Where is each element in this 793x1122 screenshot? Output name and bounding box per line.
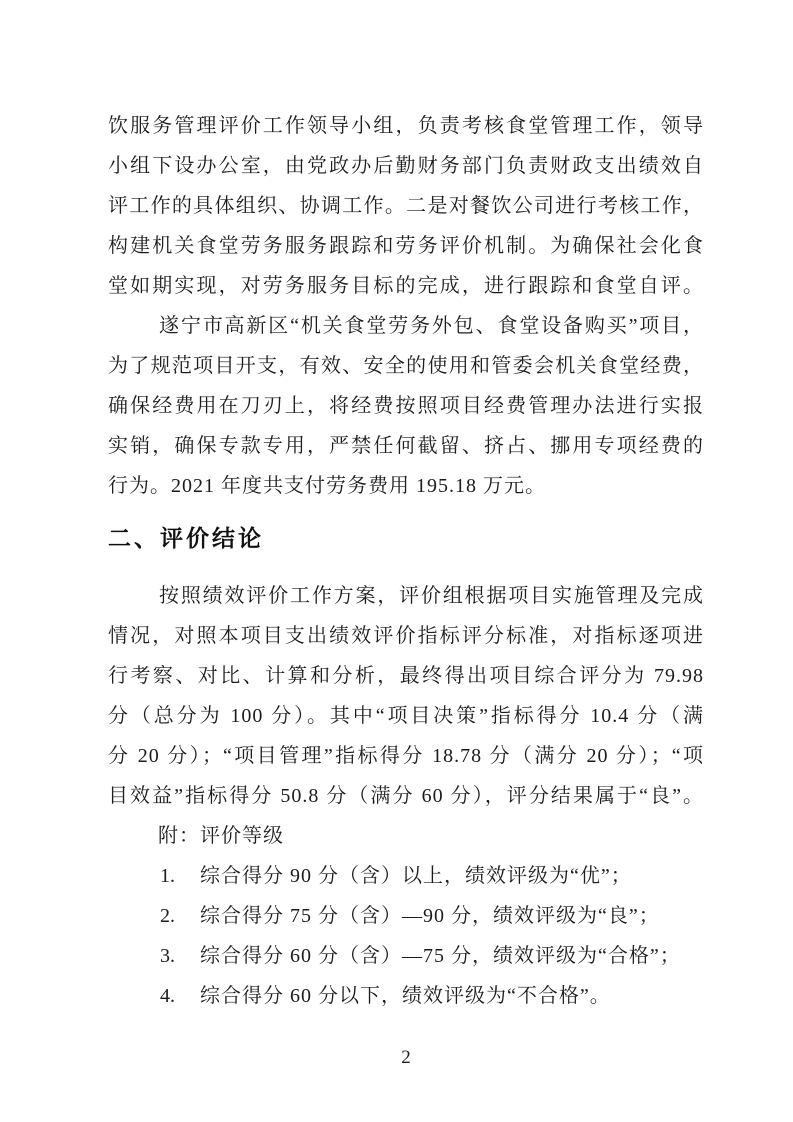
- grade-list-item: 3. 综合得分 60 分（含）—75 分，绩效评级为“合格”；: [108, 936, 704, 976]
- document-content: 饮服务管理评价工作领导小组，负责考核食堂管理工作，领导 小组下设办公室，由党政办…: [108, 106, 704, 1078]
- page-number: 2: [108, 1038, 704, 1078]
- text-line: 饮服务管理评价工作领导小组，负责考核食堂管理工作，领导: [108, 106, 704, 146]
- list-item-number: 4.: [160, 976, 200, 1016]
- text-line: 堂如期实现，对劳务服务目标的完成，进行跟踪和食堂自评。: [108, 266, 704, 306]
- attachment-label: 附：评价等级: [158, 816, 704, 856]
- text-line: 行考察、对比、计算和分析，最终得出项目综合评分为 79.98: [108, 656, 704, 696]
- text-line: 小组下设办公室，由党政办后勤财务部门负责财政支出绩效自: [108, 146, 704, 186]
- grade-list-item: 2. 综合得分 75 分（含）—90 分，绩效评级为“良”；: [108, 896, 704, 936]
- text-line: 确保经费用在刀刃上，将经费按照项目经费管理办法进行实报: [108, 386, 704, 426]
- grade-list-item: 1. 综合得分 90 分（含）以上，绩效评级为“优”；: [108, 856, 704, 896]
- paragraph-canteen-management: 饮服务管理评价工作领导小组，负责考核食堂管理工作，领导 小组下设办公室，由党政办…: [108, 106, 704, 306]
- text-line: 分 20 分）；“项目管理”指标得分 18.78 分（满分 20 分）；“项: [108, 736, 704, 776]
- list-item-text: 综合得分 60 分（含）—75 分，绩效评级为“合格”；: [200, 936, 681, 976]
- list-item-text: 综合得分 90 分（含）以上，绩效评级为“优”；: [200, 856, 632, 896]
- list-item-number: 1.: [160, 856, 200, 896]
- list-item-number: 2.: [160, 896, 200, 936]
- text-line: 行为。2021 年度共支付劳务费用 195.18 万元。: [108, 466, 704, 506]
- text-line: 遂宁市高新区“机关食堂劳务外包、食堂设备购买”项目，: [108, 306, 704, 346]
- text-line: 情况，对照本项目支出绩效评价指标评分标准，对指标逐项进: [108, 616, 704, 656]
- text-line: 分（总分为 100 分）。其中“项目决策”指标得分 10.4 分（满: [108, 696, 704, 736]
- document-page: 饮服务管理评价工作领导小组，负责考核食堂管理工作，领导 小组下设办公室，由党政办…: [0, 0, 793, 1122]
- list-item-text: 综合得分 60 分以下，绩效评级为“不合格”。: [200, 976, 611, 1016]
- list-item-text: 综合得分 75 分（含）—90 分，绩效评级为“良”；: [200, 896, 660, 936]
- paragraph-project-funds: 遂宁市高新区“机关食堂劳务外包、食堂设备购买”项目， 为了规范项目开支，有效、安…: [108, 306, 704, 506]
- list-item-number: 3.: [160, 936, 200, 976]
- paragraph-evaluation-scores: 按照绩效评价工作方案，评价组根据项目实施管理及完成 情况，对照本项目支出绩效评价…: [108, 576, 704, 816]
- text-line: 按照绩效评价工作方案，评价组根据项目实施管理及完成: [108, 576, 704, 616]
- text-line: 为了规范项目开支，有效、安全的使用和管委会机关食堂经费，: [108, 346, 704, 386]
- grade-list-item: 4. 综合得分 60 分以下，绩效评级为“不合格”。: [108, 976, 704, 1016]
- text-line: 实销，确保专款专用，严禁任何截留、挤占、挪用专项经费的: [108, 426, 704, 466]
- grade-list: 1. 综合得分 90 分（含）以上，绩效评级为“优”； 2. 综合得分 75 分…: [108, 856, 704, 1016]
- text-line: 构建机关食堂劳务服务跟踪和劳务评价机制。为确保社会化食: [108, 226, 704, 266]
- text-line: 评工作的具体组织、协调工作。二是对餐饮公司进行考核工作，: [108, 186, 704, 226]
- text-line: 目效益”指标得分 50.8 分（满分 60 分），评分结果属于“良”。: [108, 776, 704, 816]
- section-heading-evaluation-conclusion: 二、评价结论: [108, 518, 704, 558]
